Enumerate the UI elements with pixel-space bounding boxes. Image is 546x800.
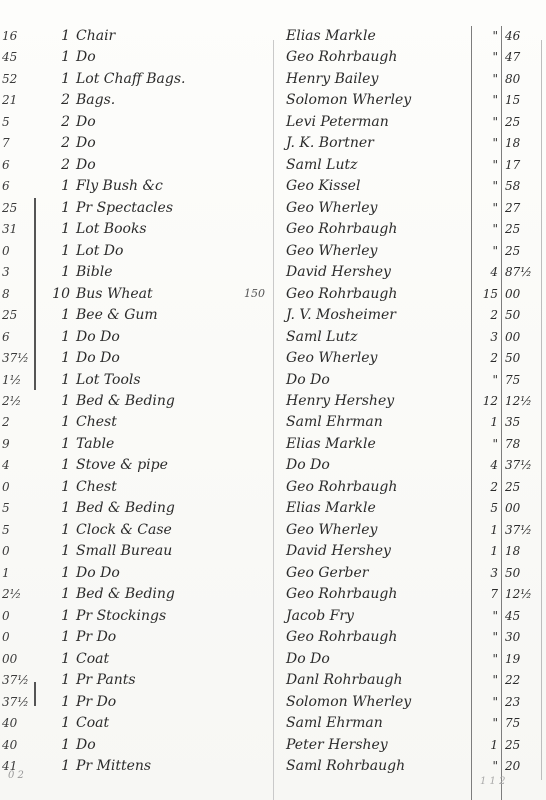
- item-description: Pr Do: [76, 691, 246, 713]
- price-cents: 18: [505, 132, 539, 154]
- quantity: 1: [48, 605, 74, 627]
- price-dollars: 15: [474, 283, 498, 305]
- price-cents: 27: [505, 197, 539, 219]
- price-cents: 80: [505, 68, 539, 90]
- price-cents: 25: [505, 111, 539, 133]
- item-description: Pr Stockings: [76, 605, 246, 627]
- margin-amount: 8: [2, 283, 32, 305]
- table-row: 401CoatSaml Ehrman"75: [0, 712, 546, 734]
- price-dollars: 5: [474, 497, 498, 519]
- margin-amount: 40: [2, 712, 32, 734]
- table-row: 01ChestGeo Rohrbaugh225: [0, 476, 546, 498]
- table-row: 810Bus Wheat150Geo Rohrbaugh1500: [0, 283, 546, 305]
- price-cents: 15: [505, 89, 539, 111]
- quantity: 1: [48, 433, 74, 455]
- price-dollars: ": [474, 154, 498, 176]
- price-dollars: ": [474, 111, 498, 133]
- table-row: 451DoGeo Rohrbaugh"47: [0, 46, 546, 68]
- price-cents: 78: [505, 433, 539, 455]
- table-row: 251Pr SpectaclesGeo Wherley"27: [0, 197, 546, 219]
- buyer-name: Jacob Fry: [286, 605, 466, 627]
- item-description: Coat: [76, 712, 246, 734]
- buyer-name: Geo Rohrbaugh: [286, 583, 466, 605]
- price-dollars: ": [474, 755, 498, 777]
- quantity: 1: [48, 755, 74, 777]
- table-row: 21ChestSaml Ehrman135: [0, 411, 546, 433]
- table-row: 61Fly Bush &cGeo Kissel"58: [0, 175, 546, 197]
- item-description: Chest: [76, 476, 246, 498]
- margin-amount: 9: [2, 433, 32, 455]
- margin-amount: 0: [2, 626, 32, 648]
- buyer-name: Geo Wherley: [286, 519, 466, 541]
- footer-mark-left: 0 2: [8, 770, 24, 781]
- price-cents: 23: [505, 691, 539, 713]
- table-row: 311Lot BooksGeo Rohrbaugh"25: [0, 218, 546, 240]
- price-cents: 25: [505, 734, 539, 756]
- quantity: 2: [48, 132, 74, 154]
- price-cents: 37½: [505, 454, 539, 476]
- quantity: 1: [48, 68, 74, 90]
- quantity: 1: [48, 669, 74, 691]
- margin-amount: 6: [2, 154, 32, 176]
- table-row: 521Lot Chaff Bags.Henry Bailey"80: [0, 68, 546, 90]
- table-row: 01Pr StockingsJacob Fry"45: [0, 605, 546, 627]
- table-row: 411Pr MittensSaml Rohrbaugh"20: [0, 755, 546, 777]
- quantity: 1: [48, 519, 74, 541]
- margin-amount: 0: [2, 605, 32, 627]
- buyer-name: Saml Lutz: [286, 154, 466, 176]
- margin-amount: 1½: [2, 369, 32, 391]
- price-dollars: 4: [474, 261, 498, 283]
- price-cents: 12½: [505, 390, 539, 412]
- item-description: Bus Wheat: [76, 283, 246, 305]
- buyer-name: Geo Kissel: [286, 175, 466, 197]
- item-description: Small Bureau: [76, 540, 246, 562]
- price-cents: 17: [505, 154, 539, 176]
- item-description: Lot Do: [76, 240, 246, 262]
- margin-amount: 21: [2, 89, 32, 111]
- buyer-name: Henry Hershey: [286, 390, 466, 412]
- price-cents: 00: [505, 497, 539, 519]
- buyer-name: Do Do: [286, 454, 466, 476]
- quantity: 1: [48, 218, 74, 240]
- item-description: Chest: [76, 411, 246, 433]
- item-description: Lot Tools: [76, 369, 246, 391]
- margin-amount: 52: [2, 68, 32, 90]
- margin-amount: 16: [2, 25, 32, 47]
- buyer-name: Geo Wherley: [286, 347, 466, 369]
- item-description: Bee & Gum: [76, 304, 246, 326]
- quantity: 1: [48, 540, 74, 562]
- table-row: 31BibleDavid Hershey487½: [0, 261, 546, 283]
- item-description: Do: [76, 132, 246, 154]
- quantity: 1: [48, 369, 74, 391]
- table-row: 72DoJ. K. Bortner"18: [0, 132, 546, 154]
- price-cents: 18: [505, 540, 539, 562]
- buyer-name: Geo Rohrbaugh: [286, 476, 466, 498]
- buyer-name: Geo Gerber: [286, 562, 466, 584]
- margin-amount: 7: [2, 132, 32, 154]
- price-dollars: 3: [474, 562, 498, 584]
- price-cents: 22: [505, 669, 539, 691]
- table-row: 61Do DoSaml Lutz300: [0, 326, 546, 348]
- item-description: Bed & Beding: [76, 583, 246, 605]
- margin-amount: 31: [2, 218, 32, 240]
- table-row: 2½1Bed & BedingHenry Hershey1212½: [0, 390, 546, 412]
- item-description: Bags.: [76, 89, 246, 111]
- ledger-page: 161ChairElias Markle"46451DoGeo Rohrbaug…: [0, 0, 546, 800]
- quantity: 1: [48, 261, 74, 283]
- buyer-name: Geo Rohrbaugh: [286, 626, 466, 648]
- price-cents: 19: [505, 648, 539, 670]
- quantity: 1: [48, 454, 74, 476]
- price-dollars: 2: [474, 347, 498, 369]
- buyer-name: Peter Hershey: [286, 734, 466, 756]
- table-row: 11Do DoGeo Gerber350: [0, 562, 546, 584]
- table-row: 212Bags.Solomon Wherley"15: [0, 89, 546, 111]
- item-description: Do: [76, 734, 246, 756]
- quantity: 1: [48, 648, 74, 670]
- table-row: 62DoSaml Lutz"17: [0, 154, 546, 176]
- ledger-rows: 161ChairElias Markle"46451DoGeo Rohrbaug…: [0, 0, 546, 800]
- buyer-name: Geo Rohrbaugh: [286, 283, 466, 305]
- margin-amount: 37½: [2, 347, 32, 369]
- item-description: Bed & Beding: [76, 497, 246, 519]
- price-dollars: ": [474, 605, 498, 627]
- margin-amount: 1: [2, 562, 32, 584]
- buyer-name: Elias Markle: [286, 25, 466, 47]
- item-description: Pr Mittens: [76, 755, 246, 777]
- price-cents: 20: [505, 755, 539, 777]
- price-dollars: ": [474, 25, 498, 47]
- margin-amount: 6: [2, 326, 32, 348]
- quantity: 1: [48, 326, 74, 348]
- item-description: Fly Bush &c: [76, 175, 246, 197]
- margin-amount: 37½: [2, 669, 32, 691]
- buyer-name: Saml Rohrbaugh: [286, 755, 466, 777]
- price-cents: 87½: [505, 261, 539, 283]
- quantity: 1: [48, 626, 74, 648]
- quantity: 1: [48, 197, 74, 219]
- buyer-name: Saml Ehrman: [286, 712, 466, 734]
- price-dollars: ": [474, 369, 498, 391]
- quantity: 1: [48, 25, 74, 47]
- margin-amount: 40: [2, 734, 32, 756]
- price-dollars: 7: [474, 583, 498, 605]
- price-cents: 50: [505, 347, 539, 369]
- quantity: 1: [48, 46, 74, 68]
- price-dollars: ": [474, 433, 498, 455]
- table-row: 2½1Bed & BedingGeo Rohrbaugh712½: [0, 583, 546, 605]
- item-description: Lot Books: [76, 218, 246, 240]
- quantity: 1: [48, 304, 74, 326]
- margin-amount: 0: [2, 540, 32, 562]
- price-dollars: ": [474, 669, 498, 691]
- price-cents: 25: [505, 240, 539, 262]
- price-cents: 75: [505, 369, 539, 391]
- buyer-name: J. V. Mosheimer: [286, 304, 466, 326]
- quantity: 1: [48, 691, 74, 713]
- quantity: 1: [48, 734, 74, 756]
- margin-amount: 2½: [2, 390, 32, 412]
- margin-amount: 00: [2, 648, 32, 670]
- price-cents: 00: [505, 326, 539, 348]
- price-cents: 75: [505, 712, 539, 734]
- footer-mark-right: 1 1 2: [480, 776, 505, 787]
- table-row: 91TableElias Markle"78: [0, 433, 546, 455]
- price-dollars: 1: [474, 540, 498, 562]
- margin-amount: 0: [2, 240, 32, 262]
- margin-amount: 3: [2, 261, 32, 283]
- price-dollars: 3: [474, 326, 498, 348]
- margin-amount: 5: [2, 111, 32, 133]
- price-cents: 00: [505, 283, 539, 305]
- price-cents: 46: [505, 25, 539, 47]
- quantity: 1: [48, 497, 74, 519]
- buyer-name: Do Do: [286, 369, 466, 391]
- price-dollars: ": [474, 46, 498, 68]
- item-description: Pr Spectacles: [76, 197, 246, 219]
- item-description: Table: [76, 433, 246, 455]
- price-cents: 50: [505, 562, 539, 584]
- quantity: 2: [48, 89, 74, 111]
- buyer-name: Saml Lutz: [286, 326, 466, 348]
- quantity: 1: [48, 240, 74, 262]
- quantity: 1: [48, 562, 74, 584]
- buyer-name: Geo Wherley: [286, 240, 466, 262]
- quantity: 1: [48, 476, 74, 498]
- buyer-name: Geo Wherley: [286, 197, 466, 219]
- price-cents: 25: [505, 218, 539, 240]
- table-row: 51Bed & BedingElias Markle500: [0, 497, 546, 519]
- margin-amount: 37½: [2, 691, 32, 713]
- price-dollars: ": [474, 240, 498, 262]
- item-description: Do Do: [76, 347, 246, 369]
- table-row: 01Small BureauDavid Hershey118: [0, 540, 546, 562]
- buyer-name: Geo Rohrbaugh: [286, 46, 466, 68]
- table-row: 01Pr DoGeo Rohrbaugh"30: [0, 626, 546, 648]
- item-description: Chair: [76, 25, 246, 47]
- quantity: 2: [48, 111, 74, 133]
- margin-amount: 2½: [2, 583, 32, 605]
- price-dollars: 2: [474, 304, 498, 326]
- quantity: 10: [48, 283, 74, 305]
- price-dollars: ": [474, 132, 498, 154]
- margin-amount: 5: [2, 497, 32, 519]
- quantity: 1: [48, 583, 74, 605]
- price-cents: 30: [505, 626, 539, 648]
- table-row: 52DoLevi Peterman"25: [0, 111, 546, 133]
- price-cents: 58: [505, 175, 539, 197]
- item-description: Do Do: [76, 562, 246, 584]
- price-dollars: ": [474, 175, 498, 197]
- price-dollars: ": [474, 648, 498, 670]
- table-row: 401DoPeter Hershey125: [0, 734, 546, 756]
- item-description: Do Do: [76, 326, 246, 348]
- buyer-name: Elias Markle: [286, 497, 466, 519]
- margin-amount: 4: [2, 454, 32, 476]
- price-cents: 12½: [505, 583, 539, 605]
- price-cents: 37½: [505, 519, 539, 541]
- item-note: 150: [244, 283, 274, 305]
- table-row: 51Clock & CaseGeo Wherley137½: [0, 519, 546, 541]
- buyer-name: Do Do: [286, 648, 466, 670]
- margin-amount: 6: [2, 175, 32, 197]
- price-cents: 35: [505, 411, 539, 433]
- price-dollars: ": [474, 691, 498, 713]
- quantity: 1: [48, 175, 74, 197]
- item-description: Bed & Beding: [76, 390, 246, 412]
- buyer-name: Danl Rohrbaugh: [286, 669, 466, 691]
- price-dollars: ": [474, 626, 498, 648]
- item-description: Pr Do: [76, 626, 246, 648]
- buyer-name: David Hershey: [286, 540, 466, 562]
- table-row: 37½1Pr DoSolomon Wherley"23: [0, 691, 546, 713]
- table-row: 37½1Do DoGeo Wherley250: [0, 347, 546, 369]
- price-dollars: 1: [474, 411, 498, 433]
- item-description: Coat: [76, 648, 246, 670]
- price-dollars: 4: [474, 454, 498, 476]
- buyer-name: Levi Peterman: [286, 111, 466, 133]
- buyer-name: Solomon Wherley: [286, 691, 466, 713]
- item-description: Do: [76, 46, 246, 68]
- margin-amount: 5: [2, 519, 32, 541]
- table-row: 251Bee & GumJ. V. Mosheimer250: [0, 304, 546, 326]
- item-description: Lot Chaff Bags.: [76, 68, 246, 90]
- price-cents: 25: [505, 476, 539, 498]
- price-cents: 50: [505, 304, 539, 326]
- quantity: 1: [48, 347, 74, 369]
- price-dollars: ": [474, 89, 498, 111]
- table-row: 161ChairElias Markle"46: [0, 25, 546, 47]
- price-cents: 47: [505, 46, 539, 68]
- price-dollars: ": [474, 712, 498, 734]
- margin-amount: 25: [2, 304, 32, 326]
- margin-amount: 2: [2, 411, 32, 433]
- item-description: Do: [76, 154, 246, 176]
- margin-amount: 45: [2, 46, 32, 68]
- table-row: 01Lot DoGeo Wherley"25: [0, 240, 546, 262]
- price-dollars: 1: [474, 519, 498, 541]
- quantity: 2: [48, 154, 74, 176]
- buyer-name: David Hershey: [286, 261, 466, 283]
- table-row: 001CoatDo Do"19: [0, 648, 546, 670]
- quantity: 1: [48, 411, 74, 433]
- buyer-name: Geo Rohrbaugh: [286, 218, 466, 240]
- item-description: Bible: [76, 261, 246, 283]
- item-description: Clock & Case: [76, 519, 246, 541]
- price-dollars: 1: [474, 734, 498, 756]
- margin-amount: 25: [2, 197, 32, 219]
- price-dollars: 2: [474, 476, 498, 498]
- quantity: 1: [48, 712, 74, 734]
- price-dollars: ": [474, 197, 498, 219]
- item-description: Do: [76, 111, 246, 133]
- table-row: 1½1Lot ToolsDo Do"75: [0, 369, 546, 391]
- buyer-name: Elias Markle: [286, 433, 466, 455]
- quantity: 1: [48, 390, 74, 412]
- buyer-name: Saml Ehrman: [286, 411, 466, 433]
- buyer-name: Solomon Wherley: [286, 89, 466, 111]
- table-row: 41Stove & pipeDo Do437½: [0, 454, 546, 476]
- table-row: 37½1Pr PantsDanl Rohrbaugh"22: [0, 669, 546, 691]
- item-description: Pr Pants: [76, 669, 246, 691]
- buyer-name: J. K. Bortner: [286, 132, 466, 154]
- item-description: Stove & pipe: [76, 454, 246, 476]
- price-dollars: ": [474, 218, 498, 240]
- price-dollars: ": [474, 68, 498, 90]
- margin-amount: 0: [2, 476, 32, 498]
- price-dollars: 12: [474, 390, 498, 412]
- price-cents: 45: [505, 605, 539, 627]
- buyer-name: Henry Bailey: [286, 68, 466, 90]
